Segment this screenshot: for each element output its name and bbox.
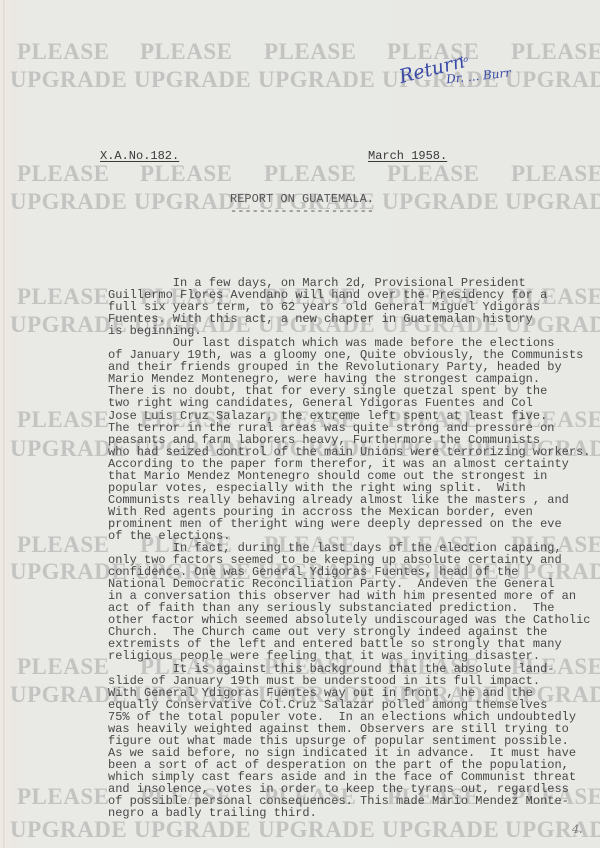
watermark-upgrade: UPGRADE [10, 190, 127, 213]
body-line: 75% of the total populer vote. In an ele… [108, 711, 598, 723]
body-line: peasants and farm laborers heavy, Furthe… [108, 434, 598, 446]
watermark-please: PLEASE [17, 408, 109, 431]
watermark-upgrade: UPGRADE [10, 818, 127, 841]
watermark-upgrade: UPGRADE [382, 818, 499, 841]
watermark-please: PLEASE [17, 162, 109, 185]
watermark-upgrade: UPGRADE [134, 818, 251, 841]
watermark-please: PLEASE [264, 162, 356, 185]
body-line: that Mario Mendez Montenegro should come… [108, 470, 598, 482]
body-line: Jose Luis Cruz Salazar, the extreme left… [108, 410, 598, 422]
watermark-please: PLEASE [387, 162, 479, 185]
body-line: negro a badly trailing third. [108, 807, 598, 819]
watermark-please: PLEASE [511, 162, 600, 185]
body-line: slide of January 19th must be understood… [108, 675, 598, 687]
watermark-please: PLEASE [140, 40, 232, 63]
watermark-please: PLEASE [17, 785, 109, 808]
body-line: According to the paper form therefor, it… [108, 458, 598, 470]
body-line: With General Ydigoras Fuentes way out in… [108, 687, 598, 699]
document-date: March 1958. [368, 150, 447, 162]
watermark-please: PLEASE [264, 40, 356, 63]
body-line: who had seized control of the main Union… [108, 446, 598, 458]
watermark-upgrade: UPGRADE [382, 190, 499, 213]
page-edge-shadow [3, 0, 6, 848]
handwritten-annotation: Return to Dr. ... Burr [402, 58, 572, 108]
page-number: 4. [572, 823, 583, 836]
report-body: In a few days, on March 2d, Provisional … [108, 277, 598, 819]
body-line: religious people were feeling that it wa… [108, 650, 598, 662]
watermark-upgrade: UPGRADE [505, 190, 600, 213]
watermark-upgrade: UPGRADE [258, 68, 375, 91]
body-line: equally Conservative Col.Cruz Salazar po… [108, 699, 598, 711]
body-line: was heavily weighted against them. Obser… [108, 723, 598, 735]
watermark-upgrade: UPGRADE [505, 818, 600, 841]
handwritten-to: to [460, 56, 468, 64]
body-line: The terror in the rural areas was quite … [108, 422, 598, 434]
watermark-please: PLEASE [17, 285, 109, 308]
document-reference: X.A.No.182. [100, 150, 179, 162]
watermark-please: PLEASE [140, 162, 232, 185]
body-line: two right wing candidates, General Ydigo… [108, 397, 598, 409]
watermark-please: PLEASE [17, 655, 109, 678]
watermark-upgrade: UPGRADE [134, 68, 251, 91]
watermark-upgrade: UPGRADE [258, 818, 375, 841]
title-underline-rule: -------------------- [230, 205, 374, 217]
body-line: It is against this background that the a… [108, 663, 598, 675]
watermark-please: PLEASE [17, 533, 109, 556]
watermark-please: PLEASE [17, 40, 109, 63]
document-page: PLEASEPLEASEPLEASEPLEASEPLEASEPLEASEPLEA… [0, 0, 600, 848]
watermark-upgrade: UPGRADE [10, 68, 127, 91]
